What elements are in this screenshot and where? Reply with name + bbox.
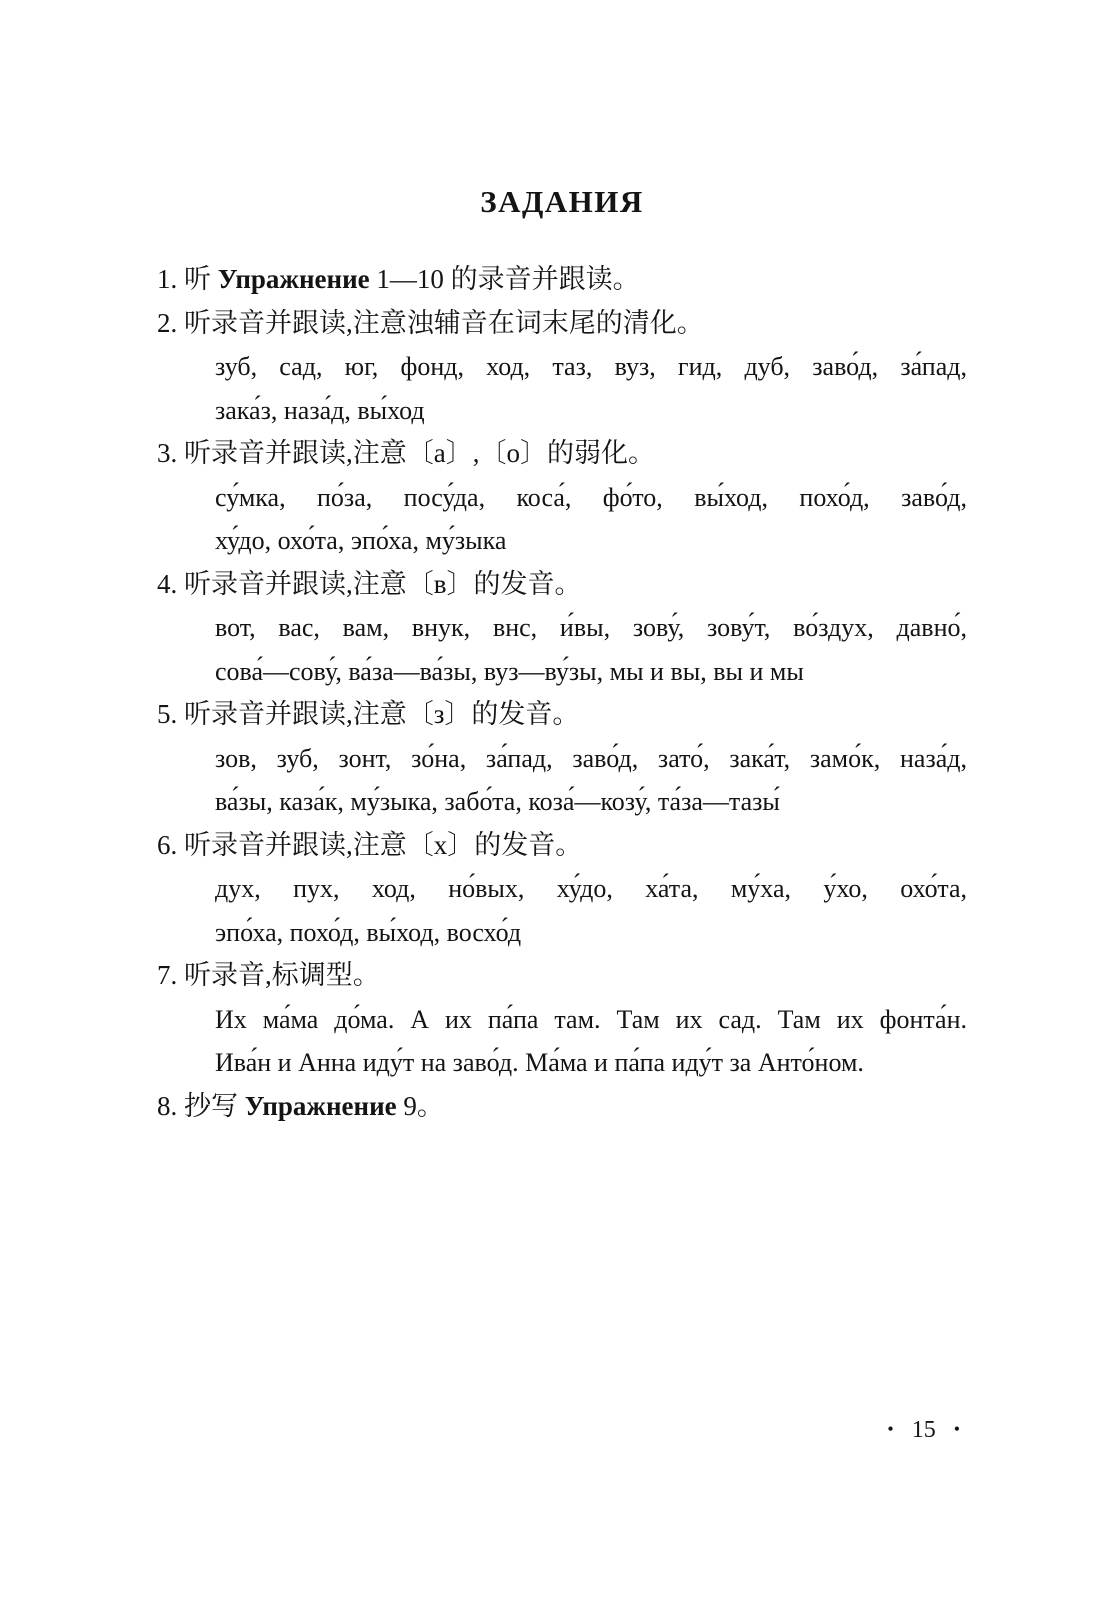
task-heading: 7. 听录音,标调型。 xyxy=(157,954,967,998)
task-text: 9。 xyxy=(397,1091,444,1121)
task-item-2: 2. 听录音并跟读,注意浊辅音在词末尾的清化。 зуб, сад, юг, фо… xyxy=(157,302,967,433)
task-item-4: 4. 听录音并跟读,注意〔в〕的发音。 вот, вас, вам, внук,… xyxy=(157,563,967,694)
task-item-3: 3. 听录音并跟读,注意〔а〕,〔о〕的弱化。 су́мка, по́за, п… xyxy=(157,432,967,563)
task-list: 1. 听 Упражнение 1—10 的录音并跟读。 2. 听录音并跟读,注… xyxy=(157,258,967,1128)
word-line: дух, пух, ход, но́вых, ху́до, ха́та, му́… xyxy=(215,867,967,911)
task-text: 2. 听录音并跟读,注意浊辅音在词末尾的清化。 xyxy=(157,308,704,338)
page-title: ЗАДАНИЯ xyxy=(157,180,967,224)
page-number-left-dot: • xyxy=(887,1419,893,1439)
word-line: сова́—сову́, ва́за—ва́зы, вуз—ву́зы, мы … xyxy=(215,650,967,694)
task-item-1: 1. 听 Упражнение 1—10 的录音并跟读。 xyxy=(157,258,967,302)
task-text: 6. 听录音并跟读,注意〔х〕的发音。 xyxy=(157,830,582,860)
task-heading: 3. 听录音并跟读,注意〔а〕,〔о〕的弱化。 xyxy=(157,432,967,476)
word-line: зака́з, наза́д, вы́ход xyxy=(215,389,967,433)
task-item-6: 6. 听录音并跟读,注意〔х〕的发音。 дух, пух, ход, но́вы… xyxy=(157,824,967,955)
word-line: ва́зы, каза́к, му́зыка, забо́та, коза́—к… xyxy=(215,780,967,824)
word-line: Ива́н и Анна иду́т на заво́д. Ма́ма и па… xyxy=(215,1041,967,1085)
task-text: 5. 听录音并跟读,注意〔з〕的发音。 xyxy=(157,699,579,729)
task-text: 1—10 的录音并跟读。 xyxy=(370,264,640,294)
word-line: эпо́ха, похо́д, вы́ход, восхо́д xyxy=(215,911,967,955)
word-line: зуб, сад, юг, фонд, ход, таз, вуз, гид, … xyxy=(215,345,967,389)
page-content: ЗАДАНИЯ 1. 听 Упражнение 1—10 的录音并跟读。 2. … xyxy=(157,180,967,1128)
task-heading: 6. 听录音并跟读,注意〔х〕的发音。 xyxy=(157,824,967,868)
task-text: 8. 抄写 xyxy=(157,1091,245,1121)
task-heading: 5. 听录音并跟读,注意〔з〕的发音。 xyxy=(157,693,967,737)
page-number-value: 15 xyxy=(912,1417,936,1443)
task-bold-text: Упражнение xyxy=(245,1091,397,1121)
task-text: 3. 听录音并跟读,注意〔а〕,〔о〕的弱化。 xyxy=(157,438,655,468)
task-item-8: 8. 抄写 Упражнение 9。 xyxy=(157,1085,967,1129)
word-line: зов, зуб, зонт, зо́на, за́пад, заво́д, з… xyxy=(215,737,967,781)
task-item-7: 7. 听录音,标调型。 Их ма́ма до́ма. А их па́па т… xyxy=(157,954,967,1085)
page-number: •15• xyxy=(887,1414,960,1445)
task-text: 4. 听录音并跟读,注意〔в〕的发音。 xyxy=(157,569,582,599)
word-line: су́мка, по́за, посу́да, коса́, фо́то, вы… xyxy=(215,476,967,520)
task-text: 1. 听 xyxy=(157,264,218,294)
word-line: вот, вас, вам, внук, внс, и́вы, зову́, з… xyxy=(215,606,967,650)
task-heading: 1. 听 Упражнение 1—10 的录音并跟读。 xyxy=(157,258,967,302)
task-bold-text: Упражнение xyxy=(218,264,370,294)
task-text: 7. 听录音,标调型。 xyxy=(157,960,380,990)
task-item-5: 5. 听录音并跟读,注意〔з〕的发音。 зов, зуб, зонт, зо́н… xyxy=(157,693,967,824)
word-line: ху́до, охо́та, эпо́ха, му́зыка xyxy=(215,519,967,563)
word-line: Их ма́ма до́ма. А их па́па там. Там их с… xyxy=(215,998,967,1042)
task-heading: 8. 抄写 Упражнение 9。 xyxy=(157,1085,967,1129)
task-heading: 4. 听录音并跟读,注意〔в〕的发音。 xyxy=(157,563,967,607)
document-page: ЗАДАНИЯ 1. 听 Упражнение 1—10 的录音并跟读。 2. … xyxy=(0,0,1104,1599)
task-heading: 2. 听录音并跟读,注意浊辅音在词末尾的清化。 xyxy=(157,302,967,346)
page-number-right-dot: • xyxy=(954,1419,960,1439)
